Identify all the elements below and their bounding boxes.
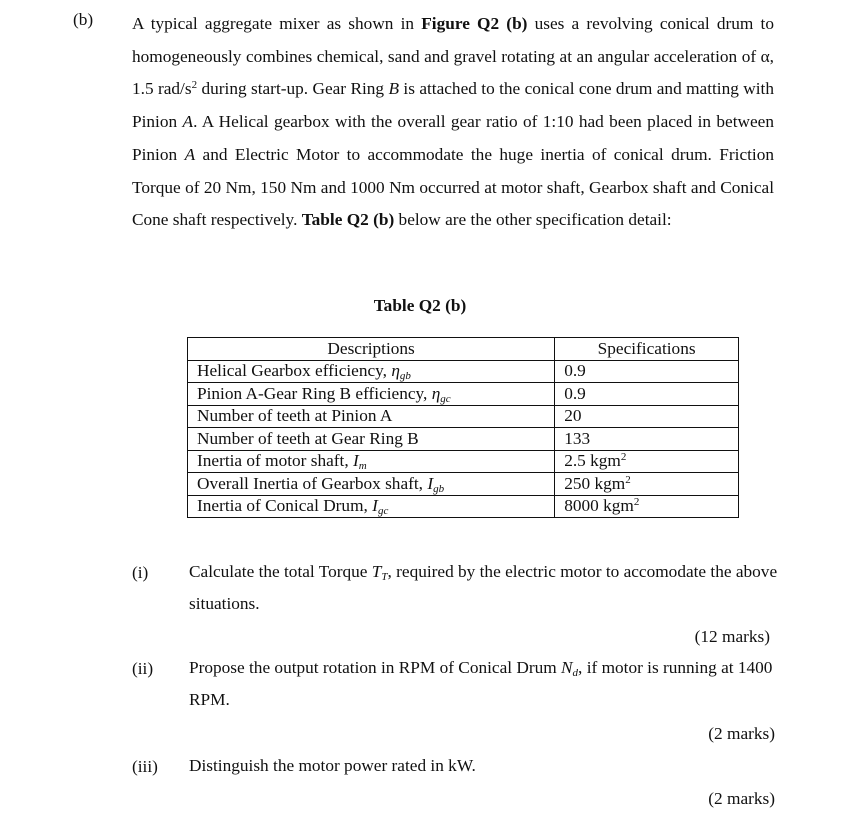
- row-symbol: ηgc: [432, 384, 451, 403]
- row-description: Inertia of Conical Drum, Igc: [188, 495, 555, 518]
- row-description: Overall Inertia of Gearbox shaft, Igb: [188, 473, 555, 496]
- intro-text: during start-up. Gear Ring: [197, 79, 388, 98]
- pinion-symbol: A: [185, 145, 196, 164]
- table-row: Pinion A-Gear Ring B efficiency, ηgc0.9: [188, 383, 739, 406]
- intro-text: A typical aggregate mixer as shown in: [132, 14, 421, 33]
- question-number: (ii): [132, 659, 153, 679]
- row-description: Number of teeth at Pinion A: [188, 405, 555, 428]
- question-marks: (2 marks): [575, 724, 775, 744]
- specification-table: Descriptions Specifications Helical Gear…: [187, 337, 739, 518]
- row-value: 20: [555, 405, 739, 428]
- header-descriptions: Descriptions: [188, 338, 555, 361]
- table-row: Inertia of Conical Drum, Igc8000 kgm2: [188, 495, 739, 518]
- question-number: (i): [132, 563, 148, 583]
- row-value: 0.9: [555, 360, 739, 383]
- table-row: Number of teeth at Pinion A20: [188, 405, 739, 428]
- header-specifications: Specifications: [555, 338, 739, 361]
- intro-text: below are the other specification detail…: [394, 210, 671, 229]
- question-marks: (12 marks): [570, 627, 770, 647]
- row-value: 133: [555, 428, 739, 451]
- row-symbol: ηgb: [391, 361, 411, 380]
- question-text: Calculate the total Torque TT, required …: [189, 556, 779, 620]
- table-reference: Table Q2 (b): [302, 210, 395, 229]
- table-row: Inertia of motor shaft, Im2.5 kgm2: [188, 450, 739, 473]
- question-text-part: Propose the output rotation in RPM of Co…: [189, 658, 561, 677]
- question-text: Propose the output rotation in RPM of Co…: [189, 652, 779, 716]
- row-value: 0.9: [555, 383, 739, 406]
- row-value: 8000 kgm2: [555, 495, 739, 518]
- pinion-symbol: A: [183, 112, 194, 131]
- section-label: (b): [73, 10, 93, 30]
- intro-paragraph: A typical aggregate mixer as shown in Fi…: [132, 8, 774, 237]
- gear-ring-symbol: B: [388, 79, 399, 98]
- question-text-part: Distinguish the motor power rated in kW.: [189, 756, 476, 775]
- row-description: Inertia of motor shaft, Im: [188, 450, 555, 473]
- row-description: Number of teeth at Gear Ring B: [188, 428, 555, 451]
- row-symbol: Igb: [427, 474, 444, 493]
- table-title: Table Q2 (b): [0, 296, 840, 316]
- figure-reference: Figure Q2 (b): [421, 14, 527, 33]
- torque-symbol: T: [372, 562, 382, 581]
- question-marks: (2 marks): [575, 789, 775, 809]
- speed-symbol: N: [561, 658, 573, 677]
- row-value: 250 kgm2: [555, 473, 739, 496]
- row-description: Pinion A-Gear Ring B efficiency, ηgc: [188, 383, 555, 406]
- table-row: Number of teeth at Gear Ring B133: [188, 428, 739, 451]
- question-text: Distinguish the motor power rated in kW.: [189, 750, 779, 782]
- question-text-part: Calculate the total Torque: [189, 562, 372, 581]
- table-row: Helical Gearbox efficiency, ηgb0.9: [188, 360, 739, 383]
- question-number: (iii): [132, 757, 158, 777]
- row-symbol: Im: [353, 451, 367, 470]
- row-symbol: Igc: [372, 496, 388, 515]
- table-header-row: Descriptions Specifications: [188, 338, 739, 361]
- row-value: 2.5 kgm2: [555, 450, 739, 473]
- table-row: Overall Inertia of Gearbox shaft, Igb250…: [188, 473, 739, 496]
- row-description: Helical Gearbox efficiency, ηgb: [188, 360, 555, 383]
